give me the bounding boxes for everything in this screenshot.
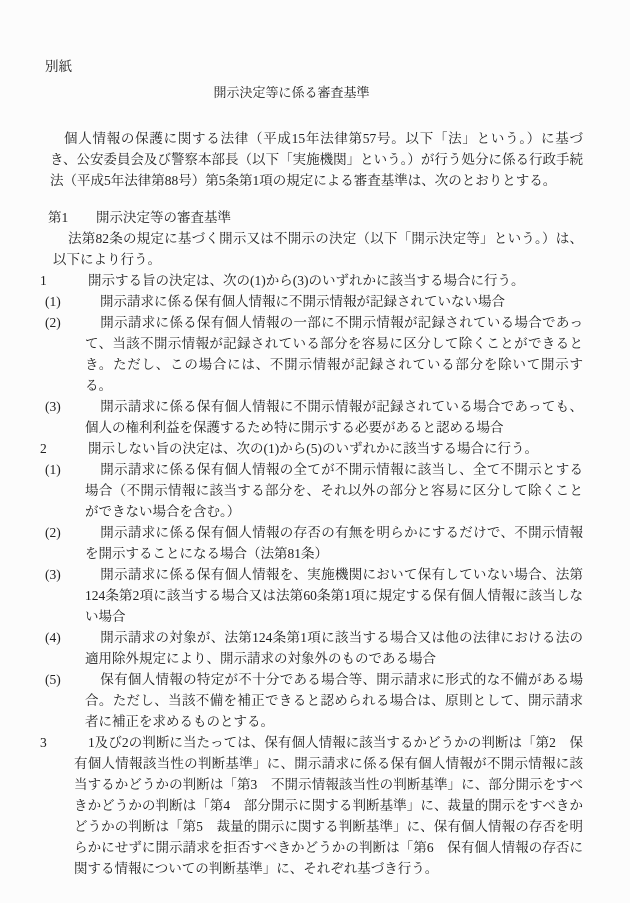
subitem-1-1-marker: (1) [65, 291, 100, 312]
subitem-2-5-marker: (5) [65, 669, 100, 690]
subitem-2-3: (3)開示請求に係る保有個人情報を、実施機関において保有していない場合、法第12… [0, 564, 583, 627]
intro-paragraph: 個人情報の保護に関する法律（平成15年法律第57号。以下「法」という。）に基づき… [0, 128, 583, 191]
subitem-1-2-marker: (2) [65, 312, 100, 333]
item-1-text: 開示する旨の決定は、次の(1)から(3)のいずれかに該当する場合に行う。 [88, 273, 524, 288]
subitem-2-4-marker: (4) [65, 627, 100, 648]
item-1-marker: 1 [57, 270, 88, 291]
item-2-text: 開示しない旨の決定は、次の(1)から(5)のいずれかに該当する場合に行う。 [88, 441, 538, 456]
section1-heading: 第1開示決定等の審査基準 [0, 207, 583, 228]
subitem-2-1-text: 開示請求に係る保有個人情報の全てが不開示情報に該当し、全て不開示とする場合（不開… [85, 462, 583, 519]
item-3-marker: 3 [57, 732, 88, 753]
subitem-1-3-text: 開示請求に係る保有個人情報に不開示情報が記録されている場合であっても、個人の権利… [85, 399, 583, 435]
subitem-1-3-marker: (3) [65, 396, 100, 417]
item-3: 31及び2の判断に当たっては、保有個人情報に該当するかどうかの判断は「第2 保有… [0, 732, 583, 879]
subitem-1-1-text: 開示請求に係る保有個人情報に不開示情報が記録されていない場合 [100, 294, 505, 309]
subitem-2-2: (2)開示請求に係る保有個人情報の存否の有無を明らかにするだけで、不開示情報を開… [0, 522, 583, 564]
subitem-1-1: (1)開示請求に係る保有個人情報に不開示情報が記録されていない場合 [0, 291, 583, 312]
subitem-2-1: (1)開示請求に係る保有個人情報の全てが不開示情報に該当し、全て不開示とする場合… [0, 459, 583, 522]
item-2-marker: 2 [57, 438, 88, 459]
subitem-2-2-text: 開示請求に係る保有個人情報の存否の有無を明らかにするだけで、不開示情報を開示する… [85, 525, 583, 561]
subitem-2-3-text: 開示請求に係る保有個人情報を、実施機関において保有していない場合、法第124条第… [85, 567, 583, 624]
subitem-2-5-text: 保有個人情報の特定が不十分である場合等、開示請求に形式的な不備がある場合。ただし… [85, 672, 583, 729]
subitem-1-2: (2)開示請求に係る保有個人情報の一部に不開示情報が記録されている場合であって、… [0, 312, 583, 396]
document-title: 開示決定等に係る審査基準 [0, 82, 583, 103]
subitem-2-4: (4)開示請求の対象が、法第124条第1項に該当する場合又は他の法律における法の… [0, 627, 583, 669]
section1-heading-title: 開示決定等の審査基準 [96, 210, 231, 225]
section1-lead-paragraph: 法第82条の規定に基づく開示又は不開示の決定（以下「開示決定等」という。）は、以… [0, 228, 583, 270]
subitem-2-2-marker: (2) [65, 522, 100, 543]
subitem-2-3-marker: (3) [65, 564, 100, 585]
subitem-2-1-marker: (1) [65, 459, 100, 480]
subitem-1-2-text: 開示請求に係る保有個人情報の一部に不開示情報が記録されている場合であって、当該不… [85, 315, 583, 393]
item-2: 2開示しない旨の決定は、次の(1)から(5)のいずれかに該当する場合に行う。 [0, 438, 583, 459]
subitem-1-3: (3)開示請求に係る保有個人情報に不開示情報が記録されている場合であっても、個人… [0, 396, 583, 438]
section1-heading-marker: 第1 [48, 207, 96, 228]
item-3-text: 1及び2の判断に当たっては、保有個人情報に該当するかどうかの判断は「第2 保有個… [74, 735, 583, 876]
attachment-label: 別紙 [0, 56, 583, 77]
subitem-2-4-text: 開示請求の対象が、法第124条第1項に該当する場合又は他の法律における法の適用除… [85, 630, 583, 666]
item-1: 1開示する旨の決定は、次の(1)から(3)のいずれかに該当する場合に行う。 [0, 270, 583, 291]
subitem-2-5: (5)保有個人情報の特定が不十分である場合等、開示請求に形式的な不備がある場合。… [0, 669, 583, 732]
document-page: 別紙 開示決定等に係る審査基準 個人情報の保護に関する法律（平成15年法律第57… [0, 0, 630, 903]
